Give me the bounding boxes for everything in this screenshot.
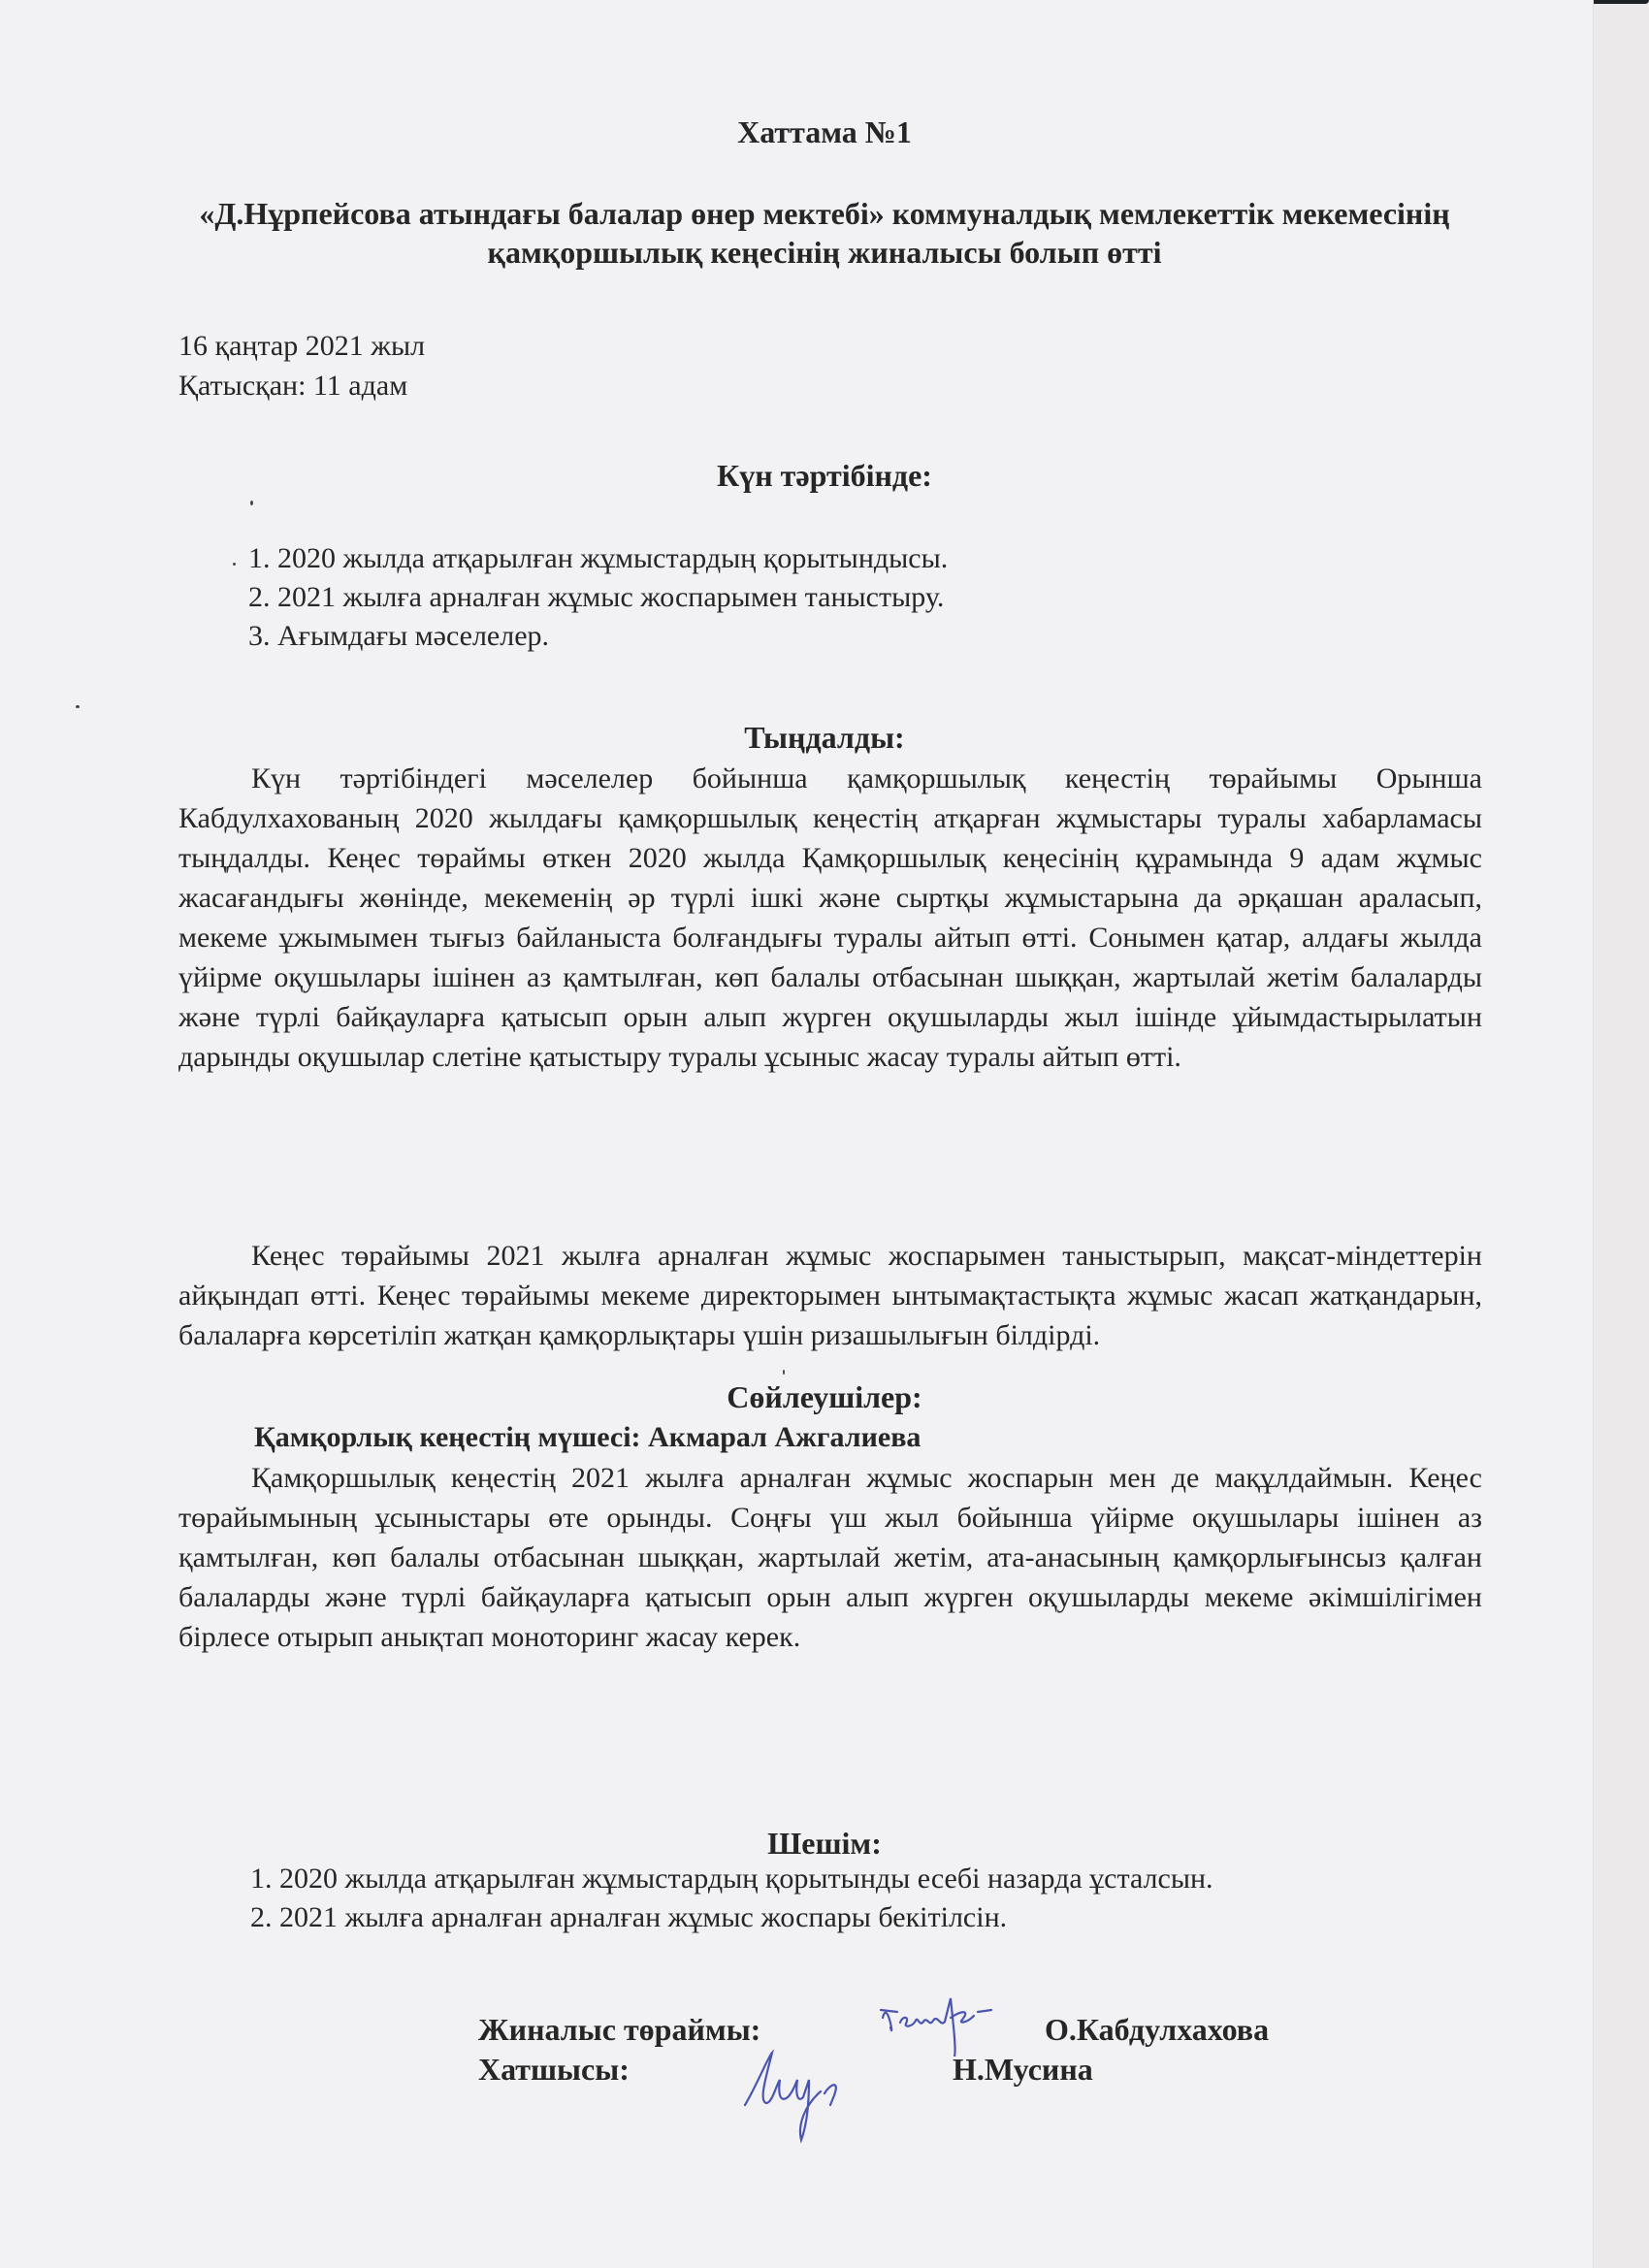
- chair-signature-icon: [873, 1989, 1018, 2057]
- speakers-heading: Сөйлеушілер:: [0, 1379, 1649, 1415]
- heard-paragraph: Күн тәртібіндегі мәселелер бойынша қамқо…: [178, 759, 1482, 1077]
- decision-item: 2. 2021 жылға арналған арналған жұмыс жо…: [250, 1898, 1213, 1937]
- attendance-count: Қатысқан: 11 адам: [178, 367, 407, 405]
- chair-label: Жиналыс төраймы:: [478, 2010, 760, 2049]
- secretary-label: Хатшысы:: [478, 2050, 630, 2089]
- scan-edge-strip: [1593, 0, 1649, 2268]
- decision-heading: Шешім:: [0, 1826, 1649, 1862]
- agenda-heading: Күн тәртібінде:: [0, 458, 1649, 494]
- heard-heading: Тыңдалды:: [0, 720, 1649, 756]
- secretary-signature-icon: [737, 2047, 883, 2154]
- speaker-name: Қамқорлық кеңестің мүшесі: Акмарал Ажгал…: [254, 1418, 921, 1457]
- decision-list: 1. 2020 жылда атқарылған жұмыстардың қор…: [250, 1860, 1213, 1937]
- scan-speck: [76, 705, 80, 708]
- agenda-item: 2. 2021 жылға арналған жұмыс жоспарымен …: [248, 578, 948, 617]
- agenda-list: 1. 2020 жылда атқарылған жұмыстардың қор…: [248, 539, 948, 656]
- document-subtitle: «Д.Нұрпейсова атындағы балалар өнер мект…: [165, 194, 1484, 272]
- decision-item: 1. 2020 жылда атқарылған жұмыстардың қор…: [250, 1860, 1213, 1898]
- document-title: Хаттама №1: [0, 114, 1649, 150]
- agenda-item: 1. 2020 жылда атқарылған жұмыстардың қор…: [248, 539, 948, 578]
- scan-speck: [783, 1370, 785, 1375]
- heard-paragraph: Кеңес төрайымы 2021 жылға арналған жұмыс…: [178, 1236, 1482, 1355]
- speaker-paragraph: Қамқоршылық кеңестің 2021 жылға арналған…: [178, 1458, 1482, 1657]
- agenda-item: 3. Ағымдағы мәселелер.: [248, 617, 948, 656]
- scan-corner-shadow: [1594, 0, 1649, 4]
- meeting-date: 16 қаңтар 2021 жыл: [178, 327, 425, 366]
- chair-name: О.Кабдулхахова: [1045, 2010, 1269, 2049]
- scan-speck: [233, 563, 236, 566]
- scan-speck: [250, 501, 253, 505]
